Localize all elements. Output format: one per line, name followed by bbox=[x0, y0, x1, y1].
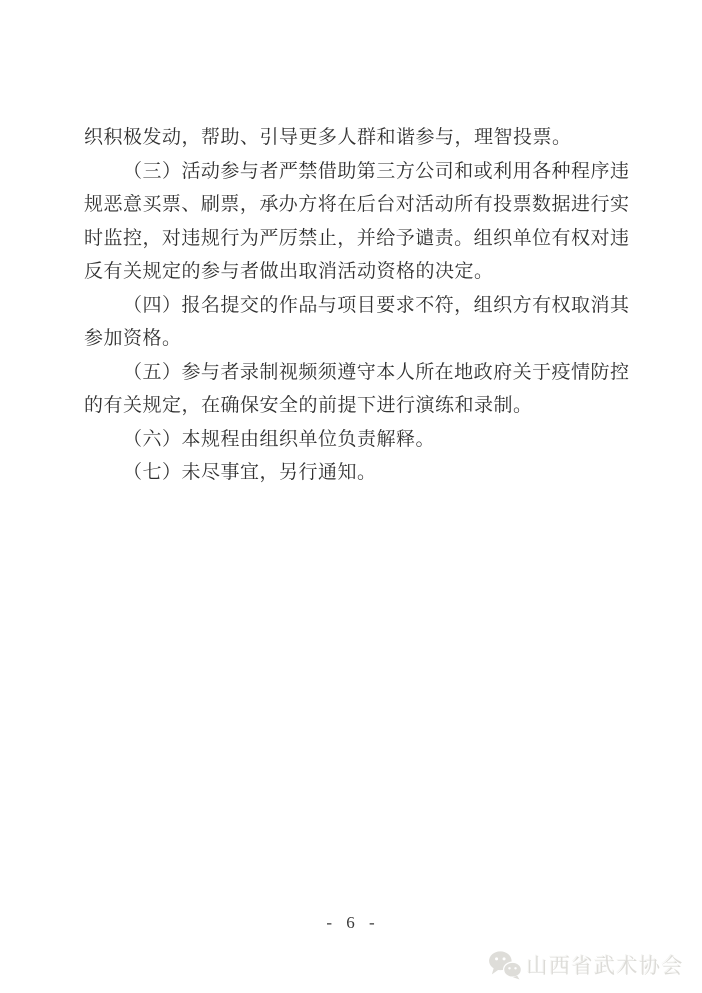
text-line: 织积极发动，帮助、引导更多人群和谐参与，理智投票。 bbox=[84, 121, 629, 155]
page-number: - 6 - bbox=[0, 913, 702, 933]
text-line: （七）未尽事宜，另行通知。 bbox=[84, 456, 629, 490]
document-body-text: 织积极发动，帮助、引导更多人群和谐参与，理智投票。 （三）活动参与者严禁借助第三… bbox=[84, 121, 629, 490]
text-line: 规恶意买票、刷票，承办方将在后台对活动所有投票数据进行实 bbox=[84, 188, 629, 222]
text-line: （三）活动参与者严禁借助第三方公司和或利用各种程序违 bbox=[84, 155, 629, 189]
text-line: （四）报名提交的作品与项目要求不符，组织方有权取消其 bbox=[84, 289, 629, 323]
watermark: 山西省武术协会 bbox=[488, 950, 685, 980]
text-line: （五）参与者录制视频须遵守本人所在地政府关于疫情防控 bbox=[84, 356, 629, 390]
text-line: 时监控，对违规行为严厉禁止，并给予谴责。组织单位有权对违 bbox=[84, 222, 629, 256]
text-line: 参加资格。 bbox=[84, 322, 629, 356]
document-page: 织积极发动，帮助、引导更多人群和谐参与，理智投票。 （三）活动参与者严禁借助第三… bbox=[0, 0, 702, 993]
watermark-text: 山西省武术协会 bbox=[527, 950, 685, 980]
wechat-logo-icon bbox=[488, 950, 522, 980]
text-line: 反有关规定的参与者做出取消活动资格的决定。 bbox=[84, 255, 629, 289]
text-line: （六）本规程由组织单位负责解释。 bbox=[84, 423, 629, 457]
text-line: 的有关规定，在确保安全的前提下进行演练和录制。 bbox=[84, 389, 629, 423]
